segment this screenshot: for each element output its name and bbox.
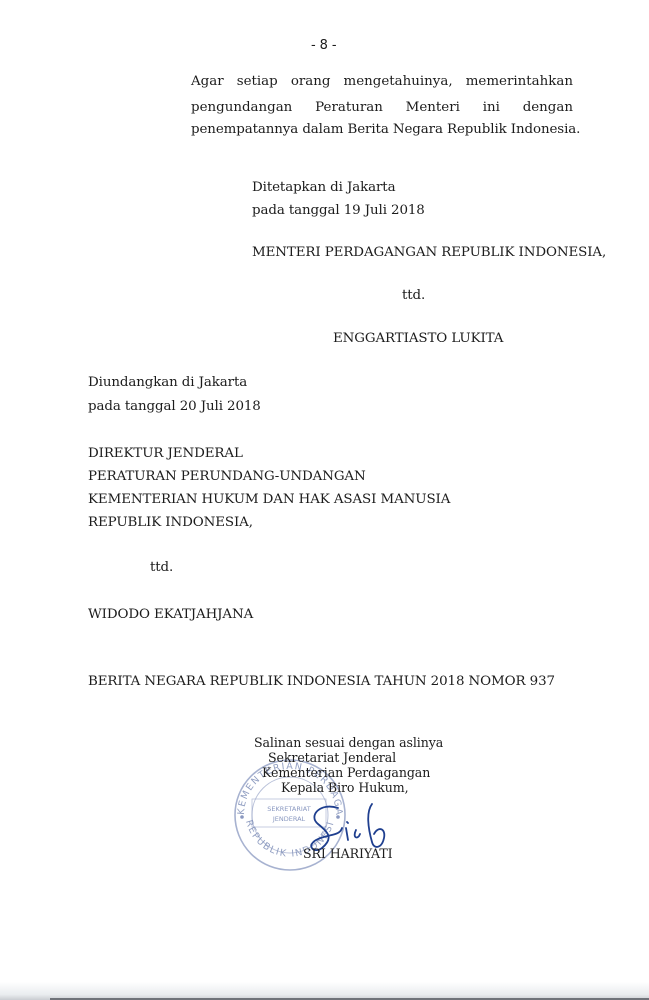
word: ini xyxy=(483,100,500,116)
enactment-title: MENTERI PERDAGANGAN REPUBLIK INDONESIA, xyxy=(252,245,606,261)
paragraph-line-3: penempatannya dalam Berita Negara Republ… xyxy=(191,122,580,138)
promulgation-title-line: DIREKTUR JENDERAL xyxy=(88,446,243,462)
certification-line: Kementerian Perdagangan xyxy=(262,765,430,781)
certification-line: Kepala Biro Hukum, xyxy=(281,780,409,796)
word: Peraturan xyxy=(315,100,383,116)
word: Menteri xyxy=(406,100,460,116)
certification-line: Sekretariat Jenderal xyxy=(268,750,396,766)
certification-name: SRI HARIYATI xyxy=(303,846,393,862)
promulgation-title-line: PERATURAN PERUNDANG-UNDANGAN xyxy=(88,469,366,485)
promulgation-signed: ttd. xyxy=(150,560,173,576)
word: Agar xyxy=(191,74,224,90)
enactment-signed: ttd. xyxy=(402,288,425,304)
promulgation-title-line: REPUBLIK INDONESIA, xyxy=(88,515,253,531)
enactment-date: pada tanggal 19 Juli 2018 xyxy=(252,203,425,219)
enactment-name: ENGGARTIASTO LUKITA xyxy=(333,331,503,347)
word: pengundangan xyxy=(191,100,292,116)
promulgation-date: pada tanggal 20 Juli 2018 xyxy=(88,399,261,415)
word: orang xyxy=(291,74,331,90)
word: setiap xyxy=(237,74,278,90)
promulgation-name: WIDODO EKATJAHJANA xyxy=(88,607,253,623)
gazette-number: BERITA NEGARA REPUBLIK INDONESIA TAHUN 2… xyxy=(88,674,555,690)
word: dengan xyxy=(523,100,573,116)
enactment-place: Ditetapkan di Jakarta xyxy=(252,180,395,196)
paragraph-line-2: pengundangan Peraturan Menteri ini denga… xyxy=(191,100,573,116)
certification-line: Salinan sesuai dengan aslinya xyxy=(254,735,443,751)
word: memerintahkan xyxy=(466,74,573,90)
paragraph-line-1: Agar setiap orang mengetahuinya, memerin… xyxy=(191,74,573,90)
promulgation-title-line: KEMENTERIAN HUKUM DAN HAK ASASI MANUSIA xyxy=(88,492,450,508)
promulgation-place: Diundangkan di Jakarta xyxy=(88,375,247,391)
page-number: - 8 - xyxy=(311,38,336,54)
word: mengetahuinya, xyxy=(344,74,453,90)
